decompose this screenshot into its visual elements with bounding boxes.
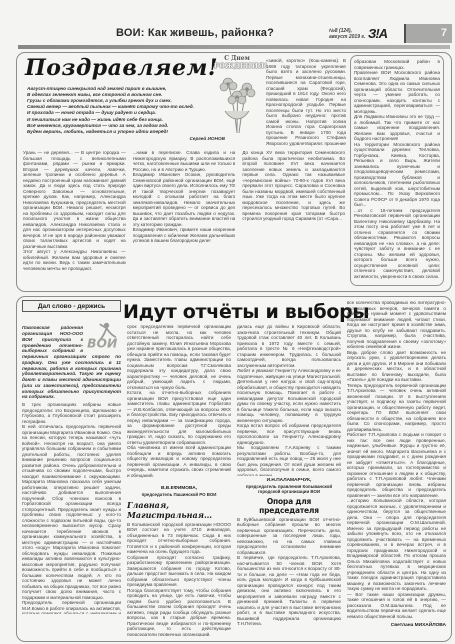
page-number-box: 7 — [404, 24, 452, 43]
article-author-signature: Светлана МИХАЙЛОВА — [347, 623, 446, 628]
birthday-badge-line2: РОЖДЕНИЯ! — [214, 62, 260, 70]
birthday-badge-line1: С Днем — [214, 55, 260, 62]
birthday-poem: Август-птицею синекрылой над землей пари… — [27, 86, 225, 146]
flowers-illustration — [215, 71, 259, 135]
sidebar-title: Дал слово - держись — [22, 300, 121, 312]
congrats-column-1: Урань — не деревня... — В центре городка… — [23, 150, 126, 286]
signature-role: председатель правления Колыванской город… — [237, 484, 341, 494]
reports-section: Идут отчёты и выборы Дал слово - держись… — [16, 296, 452, 642]
congrats-headline: Поздравляем! — [25, 55, 240, 81]
congrats-right-box: образован Московский район в современных… — [350, 55, 444, 286]
reports-column-1: срок председателем первичной организации… — [127, 300, 231, 636]
sidebar-column: Дал слово - держись ВОИ Павловская район… — [22, 300, 121, 636]
reports-col3-body: все количества проводимых ею литературно… — [347, 300, 446, 622]
poem-author: Сергей ИОНОВ — [27, 136, 225, 142]
newspaper-logo: З!А — [368, 26, 387, 41]
congrats-section: Поздравляем! Август-птицею синекрылой на… — [16, 52, 452, 292]
issue-info: №8 (124), август 2019 г. — [329, 28, 365, 41]
newspaper-page: ВОИ: Как живешь, районка? №8 (124), авгу… — [0, 0, 455, 644]
page-section-title: ВОИ: Как живешь, районка? — [80, 27, 310, 39]
reports-column-3: все количества проводимых ею литературно… — [347, 300, 446, 636]
voi-logo-icon: ВОИ — [85, 321, 121, 351]
reports-col1-body2: В Колыванской городской организации НООО… — [127, 522, 231, 636]
congrats-lower-columns: Урань — не деревня... — В центре городка… — [23, 150, 345, 286]
header-divider-bar — [18, 45, 450, 49]
reports-col1-body: срок председателем первичной организации… — [127, 324, 231, 484]
svg-text:ВОИ: ВОИ — [87, 336, 118, 350]
subheadline-opora: Опора для председателя — [237, 497, 341, 515]
congrats-history-column: «зимой, коротко» (Кош-камена). В 1869 го… — [266, 58, 346, 146]
reports-columns: Дал слово - держись ВОИ Павловская район… — [22, 300, 446, 636]
congrats-column-3: До конца XV века территория Семеновского… — [242, 150, 345, 286]
reports-col2-body: дилась еще до войны в Кировской области,… — [237, 324, 341, 476]
sidebar-lead: ВОИ Павловская районная организация НОО-… — [22, 314, 121, 400]
poem-line: Будем верить, любить, надеяться и упорно… — [27, 129, 225, 135]
signature-role: председатель Пашинской РО ВОИ — [127, 492, 231, 497]
birthday-badge: С Днем РОЖДЕНИЯ! — [214, 55, 260, 147]
subheadline-magistralnaya: Главная, Магистральная… — [127, 500, 231, 520]
reports-col2-body2: В Куйбышевской организации ВОИ отчетно-в… — [237, 517, 341, 627]
sidebar-body: В трех организациях избраны новые предсе… — [22, 402, 121, 614]
congrats-column-2: ...нами в переписке. Слава ездила и на Н… — [133, 150, 236, 286]
reports-column-2: дилась еще до войны в Кировской области,… — [237, 300, 341, 636]
page-number: 7 — [441, 27, 447, 39]
congrats-right-box-text: образован Московский район в современных… — [354, 59, 440, 282]
